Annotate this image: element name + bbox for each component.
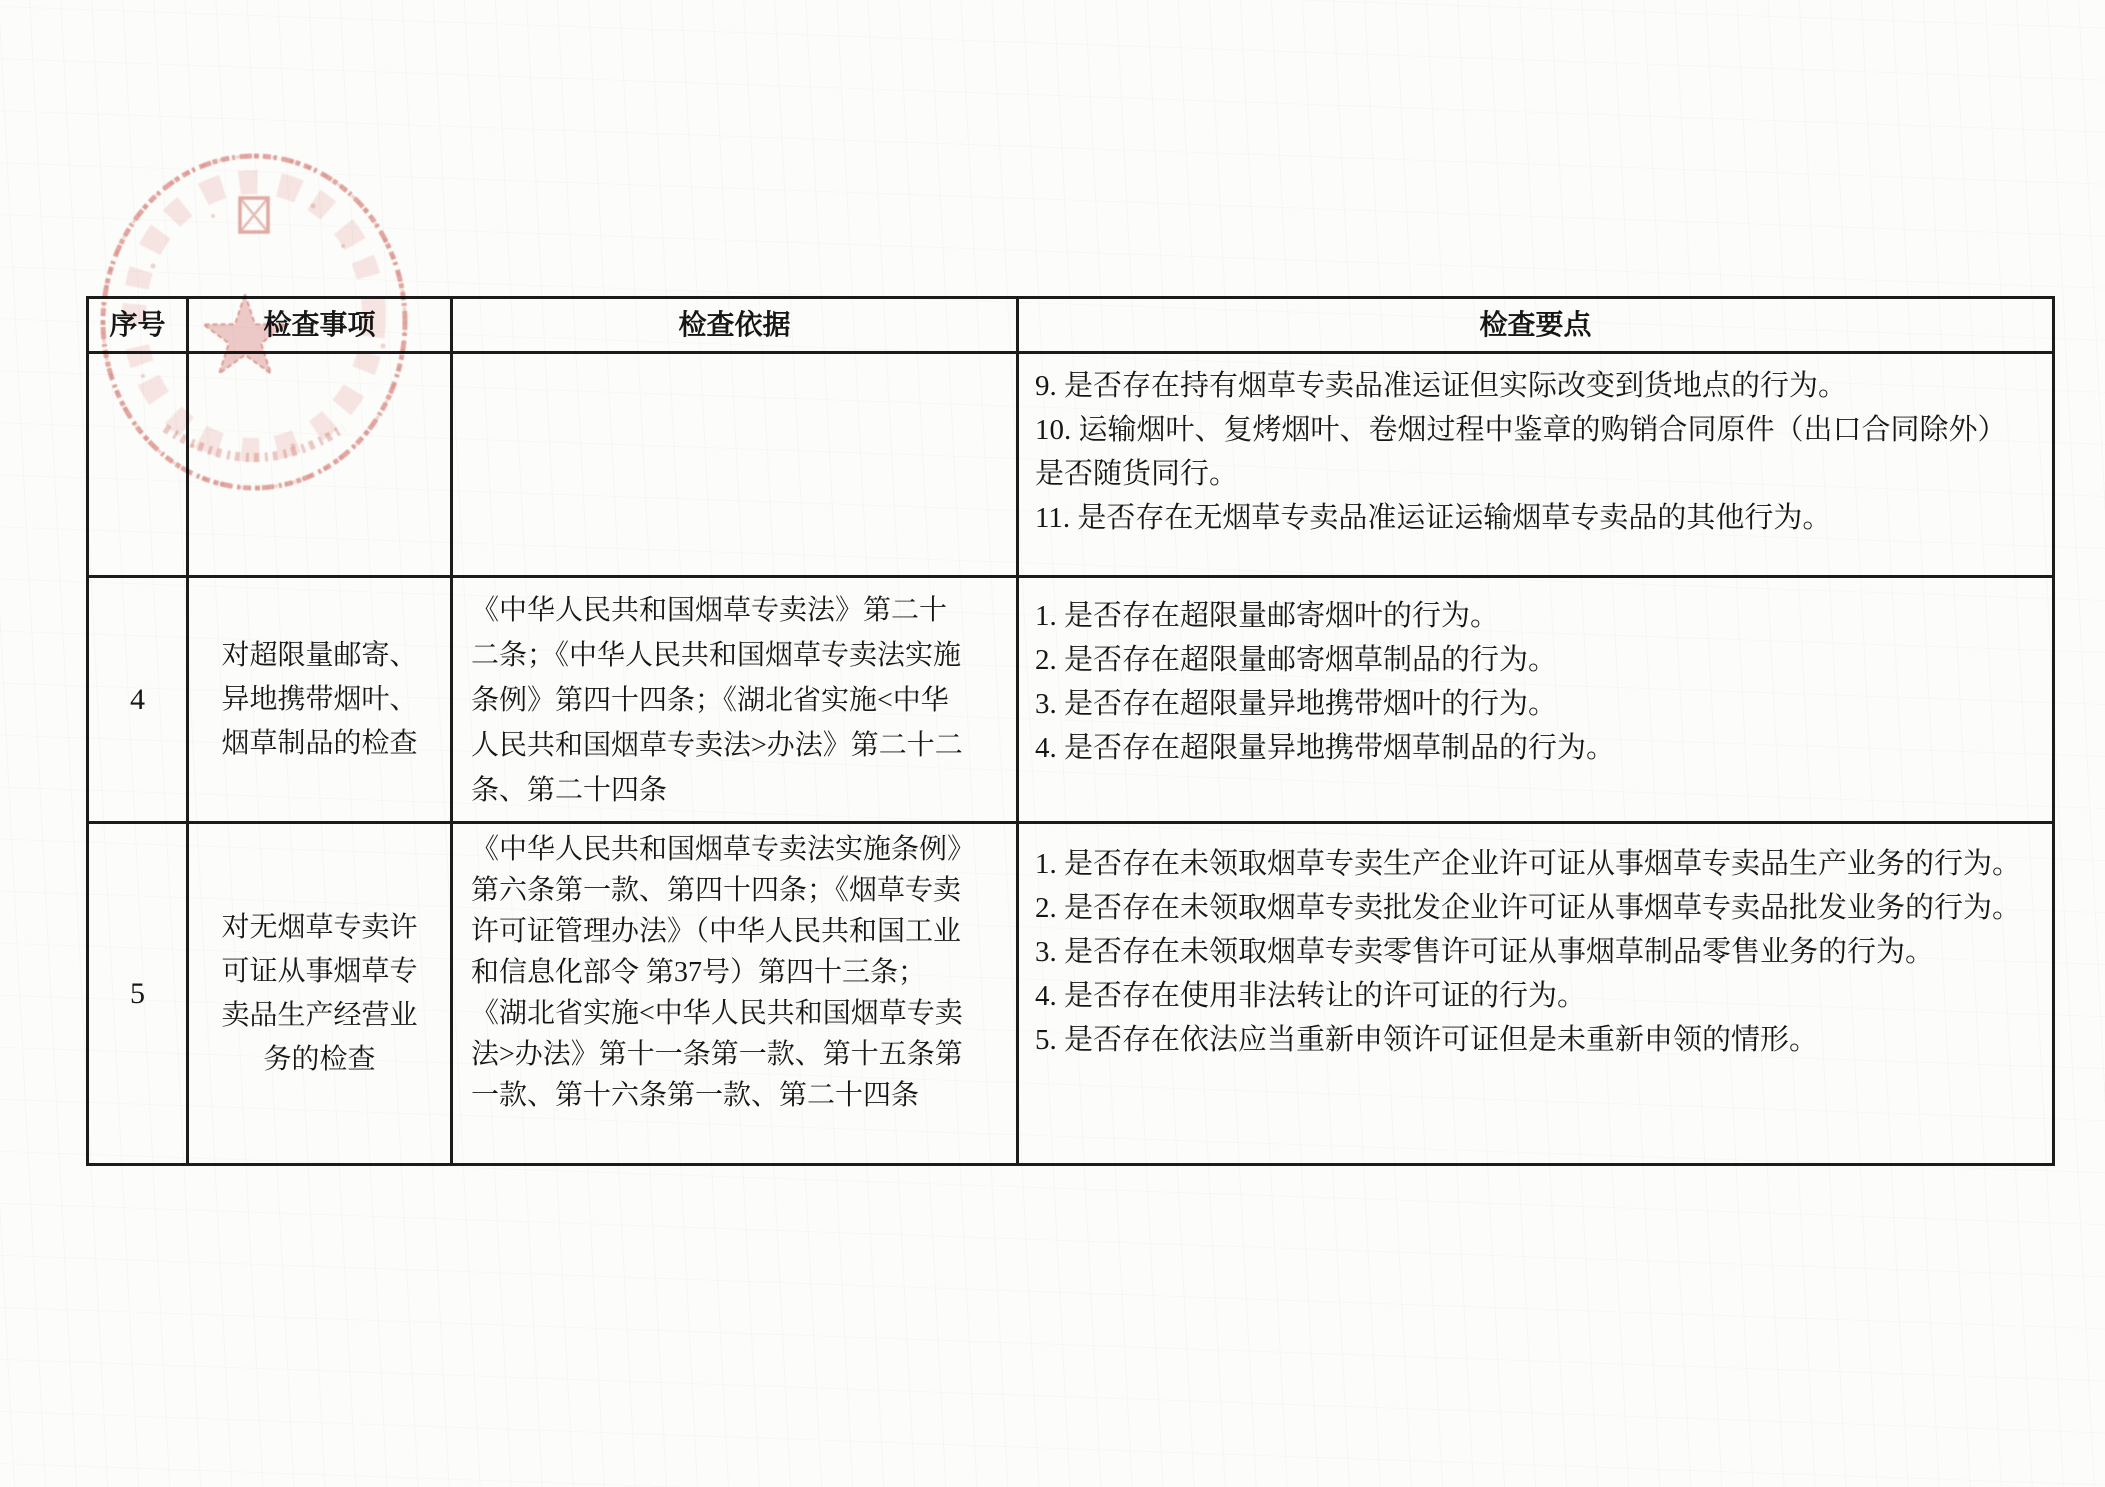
point-item: 5. 是否存在依法应当重新申领许可证但是未重新申领的情形。 (1035, 1018, 2023, 1062)
point-item: 3. 是否存在未领取烟草专卖零售许可证从事烟草制品零售业务的行为。 (1035, 930, 2023, 974)
points-cell: 1. 是否存在超限量邮寄烟叶的行为。2. 是否存在超限量邮寄烟草制品的行为。3.… (1018, 577, 2054, 823)
header-points: 检查要点 (1018, 298, 2054, 353)
table-row-4: 4 对超限量邮寄、异地携带烟叶、烟草制品的检查 《中华人民共和国烟草专卖法》第二… (88, 577, 2054, 823)
header-seq: 序号 (88, 298, 188, 353)
point-item: 9. 是否存在持有烟草专卖品准运证但实际改变到货地点的行为。 (1035, 364, 2023, 408)
inspection-table: 序号 检查事项 检查依据 检查要点 9. 是否存在持有烟草专卖品准运证但实际改变… (86, 296, 2055, 1166)
basis-cell: 《中华人民共和国烟草专卖法》第二十二条；《中华人民共和国烟草专卖法实施条例》第四… (452, 577, 1018, 823)
basis-cell (452, 353, 1018, 577)
point-item: 2. 是否存在未领取烟草专卖批发企业许可证从事烟草专卖品批发业务的行为。 (1035, 886, 2023, 930)
point-item: 2. 是否存在超限量邮寄烟草制品的行为。 (1035, 638, 2023, 682)
item-text: 对无烟草专卖许可证从事烟草专卖品生产经营业务的检查 (218, 906, 422, 1082)
seal-top-glyph (240, 198, 268, 232)
seq-cell: 4 (88, 577, 188, 823)
item-cell (188, 353, 452, 577)
header-item: 检查事项 (188, 298, 452, 353)
item-text: 对超限量邮寄、异地携带烟叶、烟草制品的检查 (218, 634, 422, 766)
table-row-continuation: 9. 是否存在持有烟草专卖品准运证但实际改变到货地点的行为。10. 运输烟叶、复… (88, 353, 2054, 577)
basis-text: 《中华人民共和国烟草专卖法实施条例》第六条第一款、第四十四条；《烟草专卖许可证管… (471, 829, 963, 1116)
point-item: 11. 是否存在无烟草专卖品准运证运输烟草专卖品的其他行为。 (1035, 496, 2023, 540)
point-item: 4. 是否存在使用非法转让的许可证的行为。 (1035, 974, 2023, 1018)
seq-cell (88, 353, 188, 577)
points-list: 1. 是否存在超限量邮寄烟叶的行为。2. 是否存在超限量邮寄烟草制品的行为。3.… (1035, 594, 2023, 770)
point-item: 1. 是否存在超限量邮寄烟叶的行为。 (1035, 594, 2023, 638)
header-basis: 检查依据 (452, 298, 1018, 353)
points-list: 9. 是否存在持有烟草专卖品准运证但实际改变到货地点的行为。10. 运输烟叶、复… (1035, 364, 2023, 540)
points-cell: 9. 是否存在持有烟草专卖品准运证但实际改变到货地点的行为。10. 运输烟叶、复… (1018, 353, 2054, 577)
seq-cell: 5 (88, 823, 188, 1165)
basis-cell: 《中华人民共和国烟草专卖法实施条例》第六条第一款、第四十四条；《烟草专卖许可证管… (452, 823, 1018, 1165)
basis-text: 《中华人民共和国烟草专卖法》第二十二条；《中华人民共和国烟草专卖法实施条例》第四… (471, 588, 963, 813)
points-cell: 1. 是否存在未领取烟草专卖生产企业许可证从事烟草专卖品生产业务的行为。2. 是… (1018, 823, 2054, 1165)
point-item: 1. 是否存在未领取烟草专卖生产企业许可证从事烟草专卖品生产业务的行为。 (1035, 842, 2023, 886)
point-item: 4. 是否存在超限量异地携带烟草制品的行为。 (1035, 726, 2023, 770)
item-cell: 对超限量邮寄、异地携带烟叶、烟草制品的检查 (188, 577, 452, 823)
table-row-5: 5 对无烟草专卖许可证从事烟草专卖品生产经营业务的检查 《中华人民共和国烟草专卖… (88, 823, 2054, 1165)
table-header-row: 序号 检查事项 检查依据 检查要点 (88, 298, 2054, 353)
point-item: 3. 是否存在超限量异地携带烟叶的行为。 (1035, 682, 2023, 726)
scanned-document-page: { "document": { "table": { "headers": ["… (0, 0, 2105, 1487)
item-cell: 对无烟草专卖许可证从事烟草专卖品生产经营业务的检查 (188, 823, 452, 1165)
points-list: 1. 是否存在未领取烟草专卖生产企业许可证从事烟草专卖品生产业务的行为。2. 是… (1035, 842, 2023, 1062)
point-item: 10. 运输烟叶、复烤烟叶、卷烟过程中鉴章的购销合同原件（出口合同除外）是否随货… (1035, 408, 2023, 496)
